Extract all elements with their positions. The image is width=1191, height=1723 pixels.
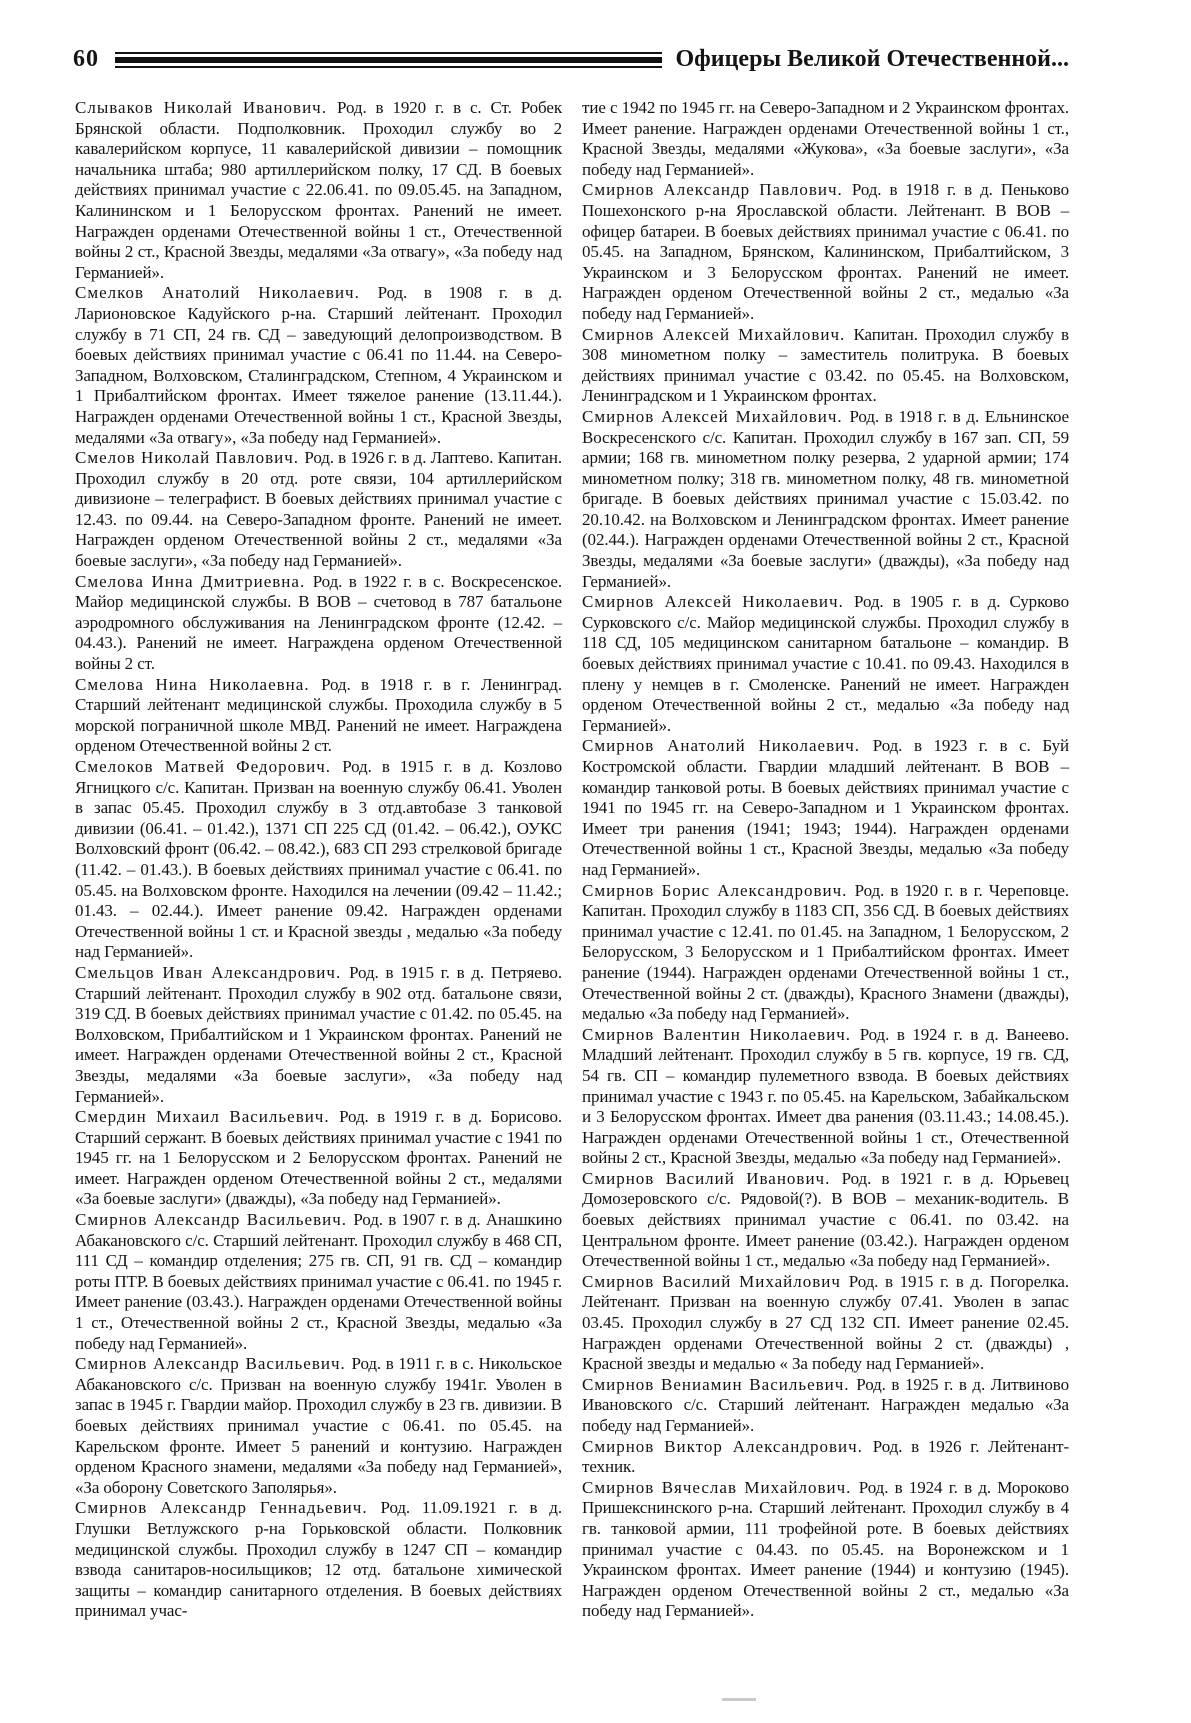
biography-entry: Смирнов Алексей Николаевич. Род. в 1905 … [582, 592, 1069, 736]
running-title: Офицеры Великой Отечественной... [676, 46, 1070, 73]
biography-entry: Смирнов Василий Михайлович Род. в 1915 г… [582, 1272, 1069, 1375]
biography-entry: Смирнов Алексей Михайлович. Род. в 1918 … [582, 407, 1069, 592]
biography-entry: Смирнов Валентин Николаевич. Род. в 1924… [582, 1025, 1069, 1169]
entry-text: Род. в 1915 г. в д. Петряево. Старший ле… [75, 963, 562, 1106]
entry-text: Род. в 1911 г. в с. Никольское Абакановс… [75, 1354, 562, 1497]
person-name: Смирнов Анатолий Николаевич. [582, 736, 873, 755]
biography-entry: Смелоков Матвей Федорович. Род. в 1915 г… [75, 757, 562, 963]
entry-text: Род. в 1915 г. в д. Козлово Ягницкого с/… [75, 757, 562, 961]
scan-artifact [722, 1698, 756, 1701]
person-name: Смирнов Александр Геннадьевич. [75, 1498, 381, 1517]
biography-entry: Смирнов Александр Павлович. Род. в 1918 … [582, 180, 1069, 324]
person-name: Смелова Нина Николаевна. [75, 675, 321, 694]
book-page: 60 Офицеры Великой Отечественной... Слыв… [0, 0, 1191, 1723]
entry-text: Род. в 1923 г. в с. Буй Костромской обла… [582, 736, 1069, 879]
person-name: Смирнов Вячеслав Михайлович. [582, 1478, 859, 1497]
biography-entry: тие с 1942 по 1945 гг. на Северо-Западно… [582, 98, 1069, 180]
biography-entry: Смердин Михаил Васильевич. Род. в 1919 г… [75, 1107, 562, 1210]
biography-entry: Смелова Инна Дмитриевна. Род. в 1922 г. … [75, 572, 562, 675]
entry-text: Род. в 1918 г. в д. Пеньково Пошехонског… [582, 180, 1069, 323]
page-header: 60 Офицеры Великой Отечественной... [73, 46, 1069, 73]
entry-text: тие с 1942 по 1945 гг. на Северо-Западно… [582, 98, 1069, 179]
biography-entry: Смельцов Иван Александрович. Род. в 1915… [75, 963, 562, 1107]
biography-entry: Смирнов Виктор Александрович. Род. в 192… [582, 1437, 1069, 1478]
person-name: Слываков Николай Иванович. [75, 98, 337, 117]
entry-text: Род. в 1918 г. в д. Ельнинское Воскресен… [582, 407, 1069, 591]
person-name: Смирнов Виктор Александрович. [582, 1437, 873, 1456]
biography-entry: Смирнов Александр Геннадьевич. Род. 11.0… [75, 1498, 562, 1622]
header-rule [115, 52, 662, 68]
person-name: Смелов Николай Павлович. [75, 448, 304, 467]
biography-entry: Смирнов Александр Васильевич. Род. в 191… [75, 1354, 562, 1498]
person-name: Смирнов Валентин Николаевич. [582, 1025, 860, 1044]
person-name: Смердин Михаил Васильевич. [75, 1107, 339, 1126]
person-name: Смирнов Алексей Николаевич. [582, 592, 854, 611]
person-name: Смелова Инна Дмитриевна. [75, 572, 313, 591]
entry-text: Род. в 1907 г. в д. Анашкино Абакановско… [75, 1210, 562, 1353]
person-name: Смельцов Иван Александрович. [75, 963, 349, 982]
person-name: Смелоков Матвей Федорович. [75, 757, 342, 776]
biography-entry: Смелков Анатолий Николаевич. Род. в 1908… [75, 283, 562, 448]
text-column-left: Слываков Николай Иванович. Род. в 1920 г… [75, 98, 562, 1622]
entry-text: Род. в 1908 г. в д. Ларионовское Кадуйск… [75, 283, 562, 446]
biography-entry: Смирнов Вячеслав Михайлович. Род. в 1924… [582, 1478, 1069, 1622]
biography-entry: Смирнов Алексей Михайлович. Капитан. Про… [582, 325, 1069, 407]
entry-text: Род. в 1924 г. в д. Мороково Пришекснинс… [582, 1478, 1069, 1621]
person-name: Смирнов Василий Михайлович [582, 1272, 849, 1291]
entry-text: Род. в 1924 г. в д. Ванеево. Младший лей… [582, 1025, 1069, 1168]
person-name: Смирнов Александр Васильевич. [75, 1354, 352, 1373]
biography-entry: Смелов Николай Павлович. Род. в 1926 г. … [75, 448, 562, 572]
biography-entry: Смирнов Анатолий Николаевич. Род. в 1923… [582, 736, 1069, 880]
text-column-right: тие с 1942 по 1945 гг. на Северо-Западно… [582, 98, 1069, 1622]
person-name: Смирнов Александр Павлович. [582, 180, 852, 199]
entry-text: Род. в 1920 г. в с. Ст. Робек Брянской о… [75, 98, 562, 282]
person-name: Смирнов Алексей Михайлович. [582, 325, 854, 344]
entry-text: Род. в 1905 г. в д. Сурково Сурковского … [582, 592, 1069, 735]
person-name: Смирнов Алексей Михайлович. [582, 407, 850, 426]
entry-text: Род. в 1920 г. в г. Череповце. Капитан. … [582, 881, 1069, 1024]
person-name: Смирнов Вениамин Васильевич. [582, 1375, 856, 1394]
biography-entry: Смирнов Александр Васильевич. Род. в 190… [75, 1210, 562, 1354]
page-number: 60 [73, 46, 99, 73]
person-name: Смирнов Александр Васильевич. [75, 1210, 353, 1229]
biography-entry: Смирнов Вениамин Васильевич. Род. в 1925… [582, 1375, 1069, 1437]
biography-entry: Смирнов Борис Александрович. Род. в 1920… [582, 881, 1069, 1025]
biography-entry: Смелова Нина Николаевна. Род. в 1918 г. … [75, 675, 562, 757]
biography-entry: Смирнов Василий Иванович. Род. в 1921 г.… [582, 1169, 1069, 1272]
person-name: Смирнов Василий Иванович. [582, 1169, 842, 1188]
person-name: Смелков Анатолий Николаевич. [75, 283, 378, 302]
biography-entry: Слываков Николай Иванович. Род. в 1920 г… [75, 98, 562, 283]
header-rule-bottom [115, 66, 662, 68]
person-name: Смирнов Борис Александрович. [582, 881, 855, 900]
